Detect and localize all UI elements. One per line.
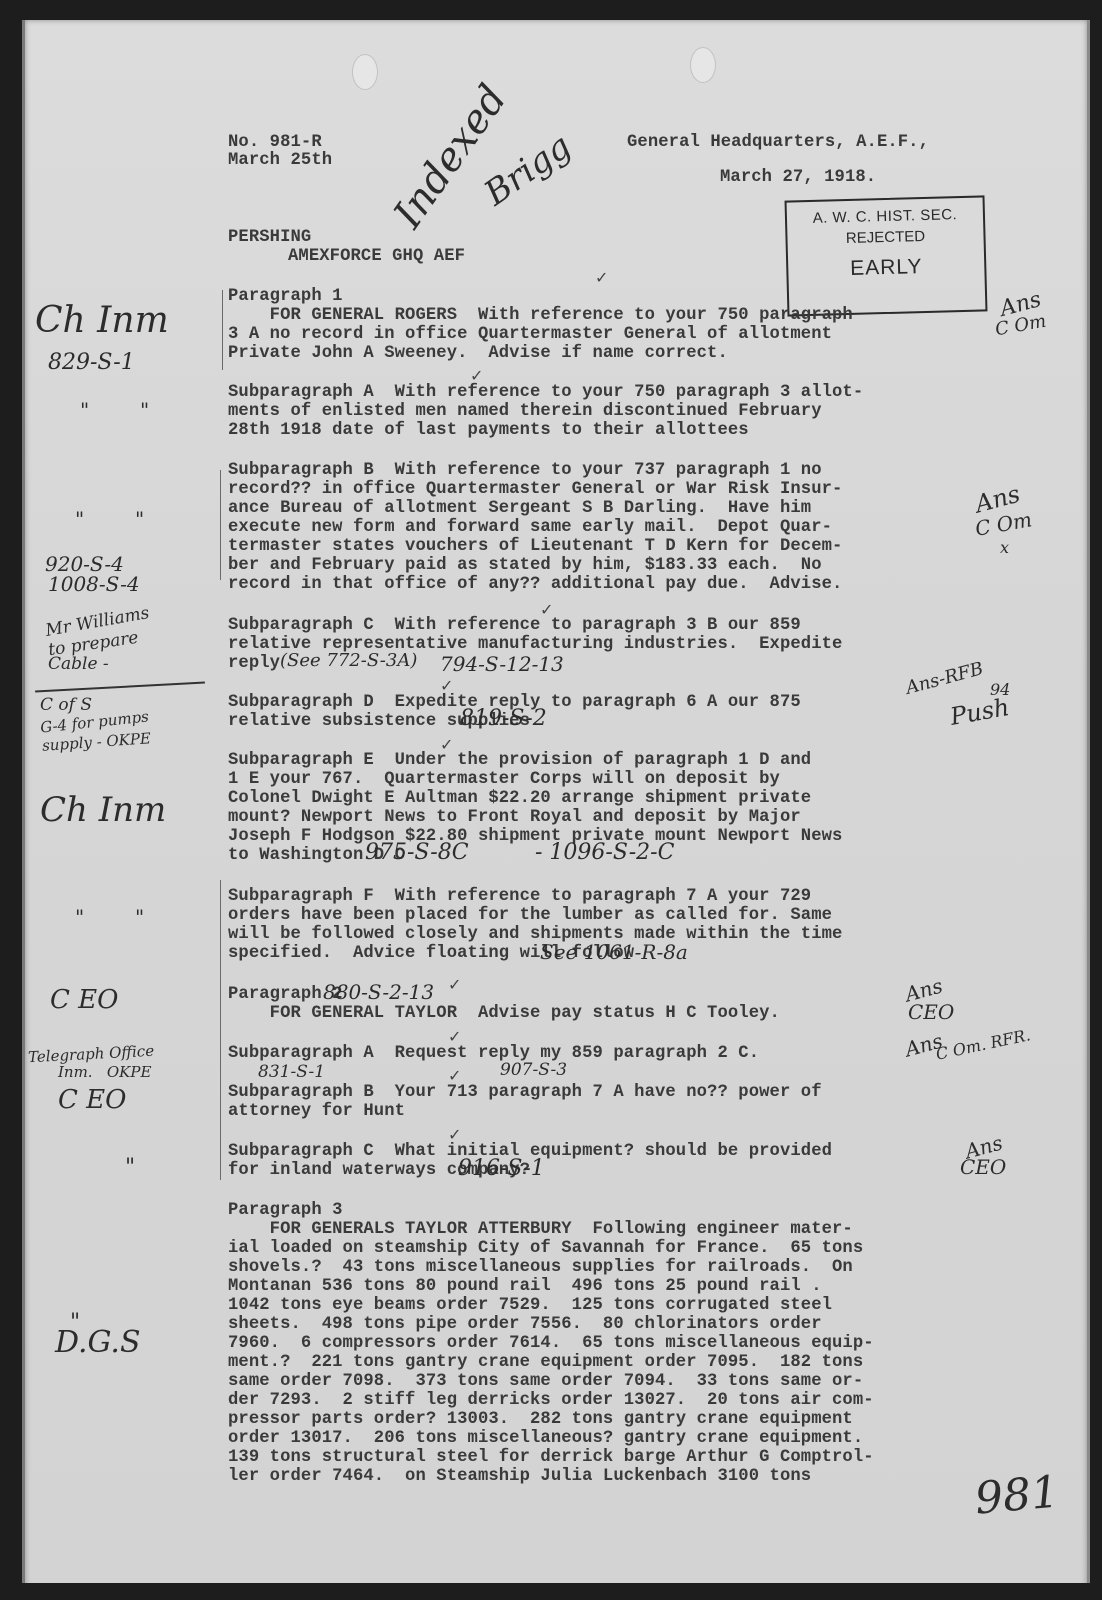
subparagraph-e-line: mount? Newport News to Front Royal and d… — [228, 808, 801, 828]
paragraph-3-line: order 13017. 206 tons miscellaneous? gan… — [228, 1429, 863, 1449]
stamp-line-1: A. W. C. HIST. SEC. — [787, 205, 983, 227]
check-mark-icon: ✓ — [448, 975, 461, 994]
inline-ref: - 1096-S-2-C — [535, 840, 674, 865]
inline-ref: 916-S-1 — [458, 1156, 545, 1181]
paragraph-3-line: sheets. 498 tons pipe order 7556. 80 chl… — [228, 1315, 822, 1335]
subparagraph-a-line: ments of enlisted men named therein disc… — [228, 402, 822, 422]
subparagraph-b-line: record in that office of any?? additiona… — [228, 575, 842, 595]
scan-border — [0, 1583, 1102, 1600]
margin-answer: CEO — [908, 1000, 954, 1024]
margin-ditto: " — [125, 1155, 135, 1180]
margin-ref: 829-S-1 — [48, 350, 135, 375]
paragraph-3-line: same order 7098. 373 tons same order 709… — [228, 1372, 863, 1392]
subparagraph-f-line: Subparagraph F With reference to paragra… — [228, 887, 811, 907]
paragraph-3-line: 139 tons structural steel for derrick ba… — [228, 1448, 874, 1468]
check-mark-icon: ✓ — [448, 1027, 461, 1046]
paragraph-3-line: FOR GENERALS TAYLOR ATTERBURY Following … — [228, 1220, 853, 1240]
subparagraph-b-line: record?? in office Quartermaster General… — [228, 480, 842, 500]
check-mark-icon: ✓ — [448, 1066, 461, 1085]
paragraph-3-heading: Paragraph 3 — [228, 1201, 343, 1221]
margin-note: Cable - — [48, 654, 109, 674]
margin-note: Inm. OKPE — [58, 1063, 151, 1081]
subparagraph-b-line: execute new form and forward same early … — [228, 518, 832, 538]
subparagraph-b-line: termaster states vouchers of Lieutenant … — [228, 537, 842, 557]
margin-ditto: " " — [75, 507, 144, 531]
paragraph-2-line: FOR GENERAL TAYLOR Advise pay status H C… — [228, 1004, 780, 1024]
origin: General Headquarters, A.E.F., — [627, 133, 929, 153]
subparagraph-b-line: ance Bureau of allotment Sergeant S B Da… — [228, 499, 811, 519]
subparagraph-a-line: Subparagraph A With reference to your 75… — [228, 383, 863, 403]
paragraph-3-line: 7960. 6 compressors order 7614. 65 tons … — [228, 1334, 874, 1354]
margin-note: Ch Inm — [40, 790, 166, 830]
document-date: March 27, 1918. — [720, 168, 876, 188]
inline-ref: 819-S-2 — [460, 706, 547, 731]
subparagraph-b-line: ber and February paid as stated by him, … — [228, 556, 822, 576]
recipient-address: AMEXFORCE GHQ AEF — [288, 247, 465, 267]
margin-answer: CEO — [960, 1155, 1006, 1179]
margin-bracket-line — [220, 470, 221, 580]
check-mark-icon: ✓ — [440, 735, 453, 754]
margin-note: C of S — [40, 695, 92, 715]
paragraph-3-line: Montanan 536 tons 80 pound rail 496 tons… — [228, 1277, 822, 1297]
inline-ref: 794-S-12-13 — [440, 652, 564, 676]
paragraph-3-line: pressor parts order? 13003. 282 tons gan… — [228, 1410, 853, 1430]
check-mark-icon: ✓ — [448, 1125, 461, 1144]
stamp-line-3: EARLY — [788, 253, 985, 282]
paragraph-3-line: shovels.? 43 tons miscellaneous supplies… — [228, 1258, 853, 1278]
subparagraph-f-line: orders have been placed for the lumber a… — [228, 906, 832, 926]
subparagraph-c-line: Subparagraph C With reference to paragra… — [228, 616, 801, 636]
subparagraph-2a-line: Subparagraph A Request reply my 859 para… — [228, 1044, 759, 1064]
page-number: 981 — [973, 1466, 1061, 1524]
subparagraph-e-line: Subparagraph E Under the provision of pa… — [228, 751, 811, 771]
inline-ref: 975-S-8C — [365, 840, 469, 865]
subparagraph-f-line: will be followed closely and shipments m… — [228, 925, 842, 945]
inline-ref: See 1061-R-8a — [540, 940, 688, 964]
subparagraph-b-line: Subparagraph B With reference to your 73… — [228, 461, 822, 481]
punch-hole-left — [352, 54, 378, 90]
margin-ditto: " " — [80, 398, 149, 422]
margin-answer: x — [1000, 538, 1009, 557]
check-mark-icon: ✓ — [440, 676, 453, 695]
received-date: March 25th — [228, 151, 332, 171]
inline-ref: (See 772-S-3A) — [280, 650, 417, 671]
paragraph-3-line: 1042 tons eye beams order 7529. 125 tons… — [228, 1296, 832, 1316]
margin-ref: 1008-S-4 — [48, 572, 140, 596]
inline-ref: 831-S-1 — [258, 1062, 325, 1082]
paragraph-1-line: 3 A no record in office Quartermaster Ge… — [228, 325, 832, 345]
paragraph-1-line: FOR GENERAL ROGERS With reference to you… — [228, 306, 853, 326]
paragraph-3-line: der 7293. 2 stiff leg derricks order 130… — [228, 1391, 874, 1411]
subparagraph-a-line: 28th 1918 date of last payments to their… — [228, 421, 749, 441]
margin-note: C EO — [50, 985, 118, 1015]
margin-bracket-line — [220, 880, 221, 1180]
paragraph-1-heading: Paragraph 1 — [228, 287, 343, 307]
margin-note: D.G.S — [55, 1325, 141, 1360]
subparagraph-e-line: 1 E your 767. Quartermaster Corps will o… — [228, 770, 780, 790]
stamp-line-2: REJECTED — [787, 226, 983, 248]
check-mark-icon: ✓ — [595, 268, 608, 287]
paragraph-3-line: ial loaded on steamship City of Savannah… — [228, 1239, 863, 1259]
subparagraph-2b-line: Subparagraph B Your 713 paragraph 7 A ha… — [228, 1083, 822, 1103]
inline-ref: 880-S-2-13 — [323, 980, 434, 1004]
paragraph-3-line: ment.? 221 tons gantry crane equipment o… — [228, 1353, 863, 1373]
subparagraph-2b-line: attorney for Hunt — [228, 1102, 405, 1122]
margin-note: Ch Inm — [35, 300, 169, 341]
subparagraph-c-line: reply — [228, 654, 280, 674]
subparagraph-e-line: Colonel Dwight E Aultman $22.20 arrange … — [228, 789, 811, 809]
punch-hole-right — [690, 47, 716, 83]
margin-note: C EO — [58, 1085, 126, 1115]
margin-ditto: " " — [75, 905, 144, 929]
message-number: No. 981-R — [228, 133, 322, 153]
archive-stamp: A. W. C. HIST. SEC. REJECTED EARLY — [785, 195, 988, 316]
paragraph-1-line: Private John A Sweeney. Advise if name c… — [228, 344, 728, 364]
margin-bracket-line — [222, 290, 223, 370]
check-mark-icon: ✓ — [470, 366, 483, 385]
check-mark-icon: ✓ — [540, 600, 553, 619]
paragraph-3-line: ler order 7464. on Steamship Julia Lucke… — [228, 1467, 811, 1487]
recipient: PERSHING — [228, 228, 311, 248]
inline-ref: 907-S-3 — [500, 1060, 567, 1080]
